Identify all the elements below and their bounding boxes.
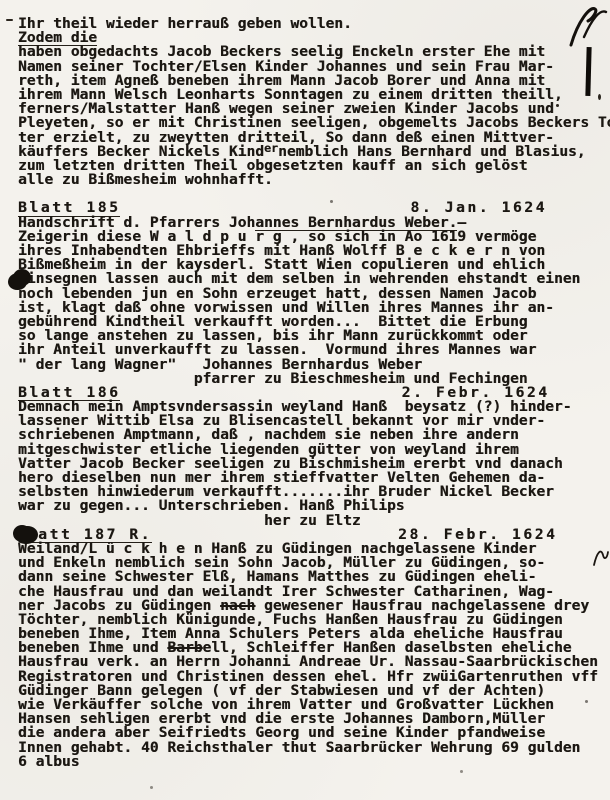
scan-speck (460, 770, 463, 773)
scan-speck (556, 104, 559, 107)
scan-speck (330, 200, 333, 203)
document-page: Ihr theil wieder herrauß geben wollen.Zo… (0, 0, 610, 800)
text-line: Ihr theil wieder herrauß geben wollen. (18, 17, 610, 31)
text-line: Innen gehabt. 40 Reichsthaler thut Saarb… (18, 741, 610, 755)
scan-speck (598, 94, 601, 100)
text-line: 6 albus (18, 755, 610, 769)
ink-blot-icon (8, 273, 27, 290)
scan-speck (6, 19, 13, 21)
text-line: alle zu Bißmesheim wohnhafft. (18, 173, 610, 187)
handwriting-mark-icon (566, 3, 610, 49)
margin-squiggle-icon (592, 546, 610, 568)
scan-speck (585, 700, 588, 703)
scan-speck (150, 786, 153, 789)
typewritten-text-block: Ihr theil wieder herrauß geben wollen.Zo… (18, 17, 610, 769)
